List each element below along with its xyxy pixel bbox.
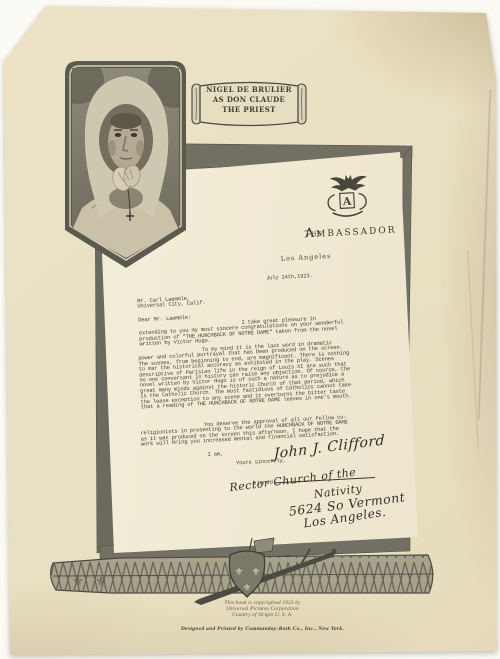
caption-line: AS DON CLAUDE [200,95,298,105]
svg-text:⚜: ⚜ [252,567,261,578]
svg-text:⚜: ⚜ [243,583,252,594]
svg-text:⚜: ⚜ [235,567,244,578]
caption-line: THE PRIEST [200,105,298,115]
printer-credit: Designed and Printed by Commanday-Roth C… [100,626,425,632]
photo-caption: NIGEL DE BRULIER AS DON CLAUDE THE PRIES… [200,85,298,115]
copyright-line: Country of Origin U. S. A. [160,613,365,619]
caption-line: NIGEL DE BRULIER [200,85,298,95]
actor-portrait-photo [62,58,189,273]
hooded-priest-figure [62,58,189,263]
copyright-notice: This book is copyrighted 1923 by Univers… [160,601,365,620]
fleur-de-lis-icon: ⚜ [72,575,84,590]
scanned-program-page: A The Ambassador Los Angeles July 24th,1… [0,0,500,659]
caption-scroll-banner: NIGEL DE BRULIER AS DON CLAUDE THE PRIES… [190,78,308,130]
fleur-de-lis-icon: ⚜ [95,575,107,590]
